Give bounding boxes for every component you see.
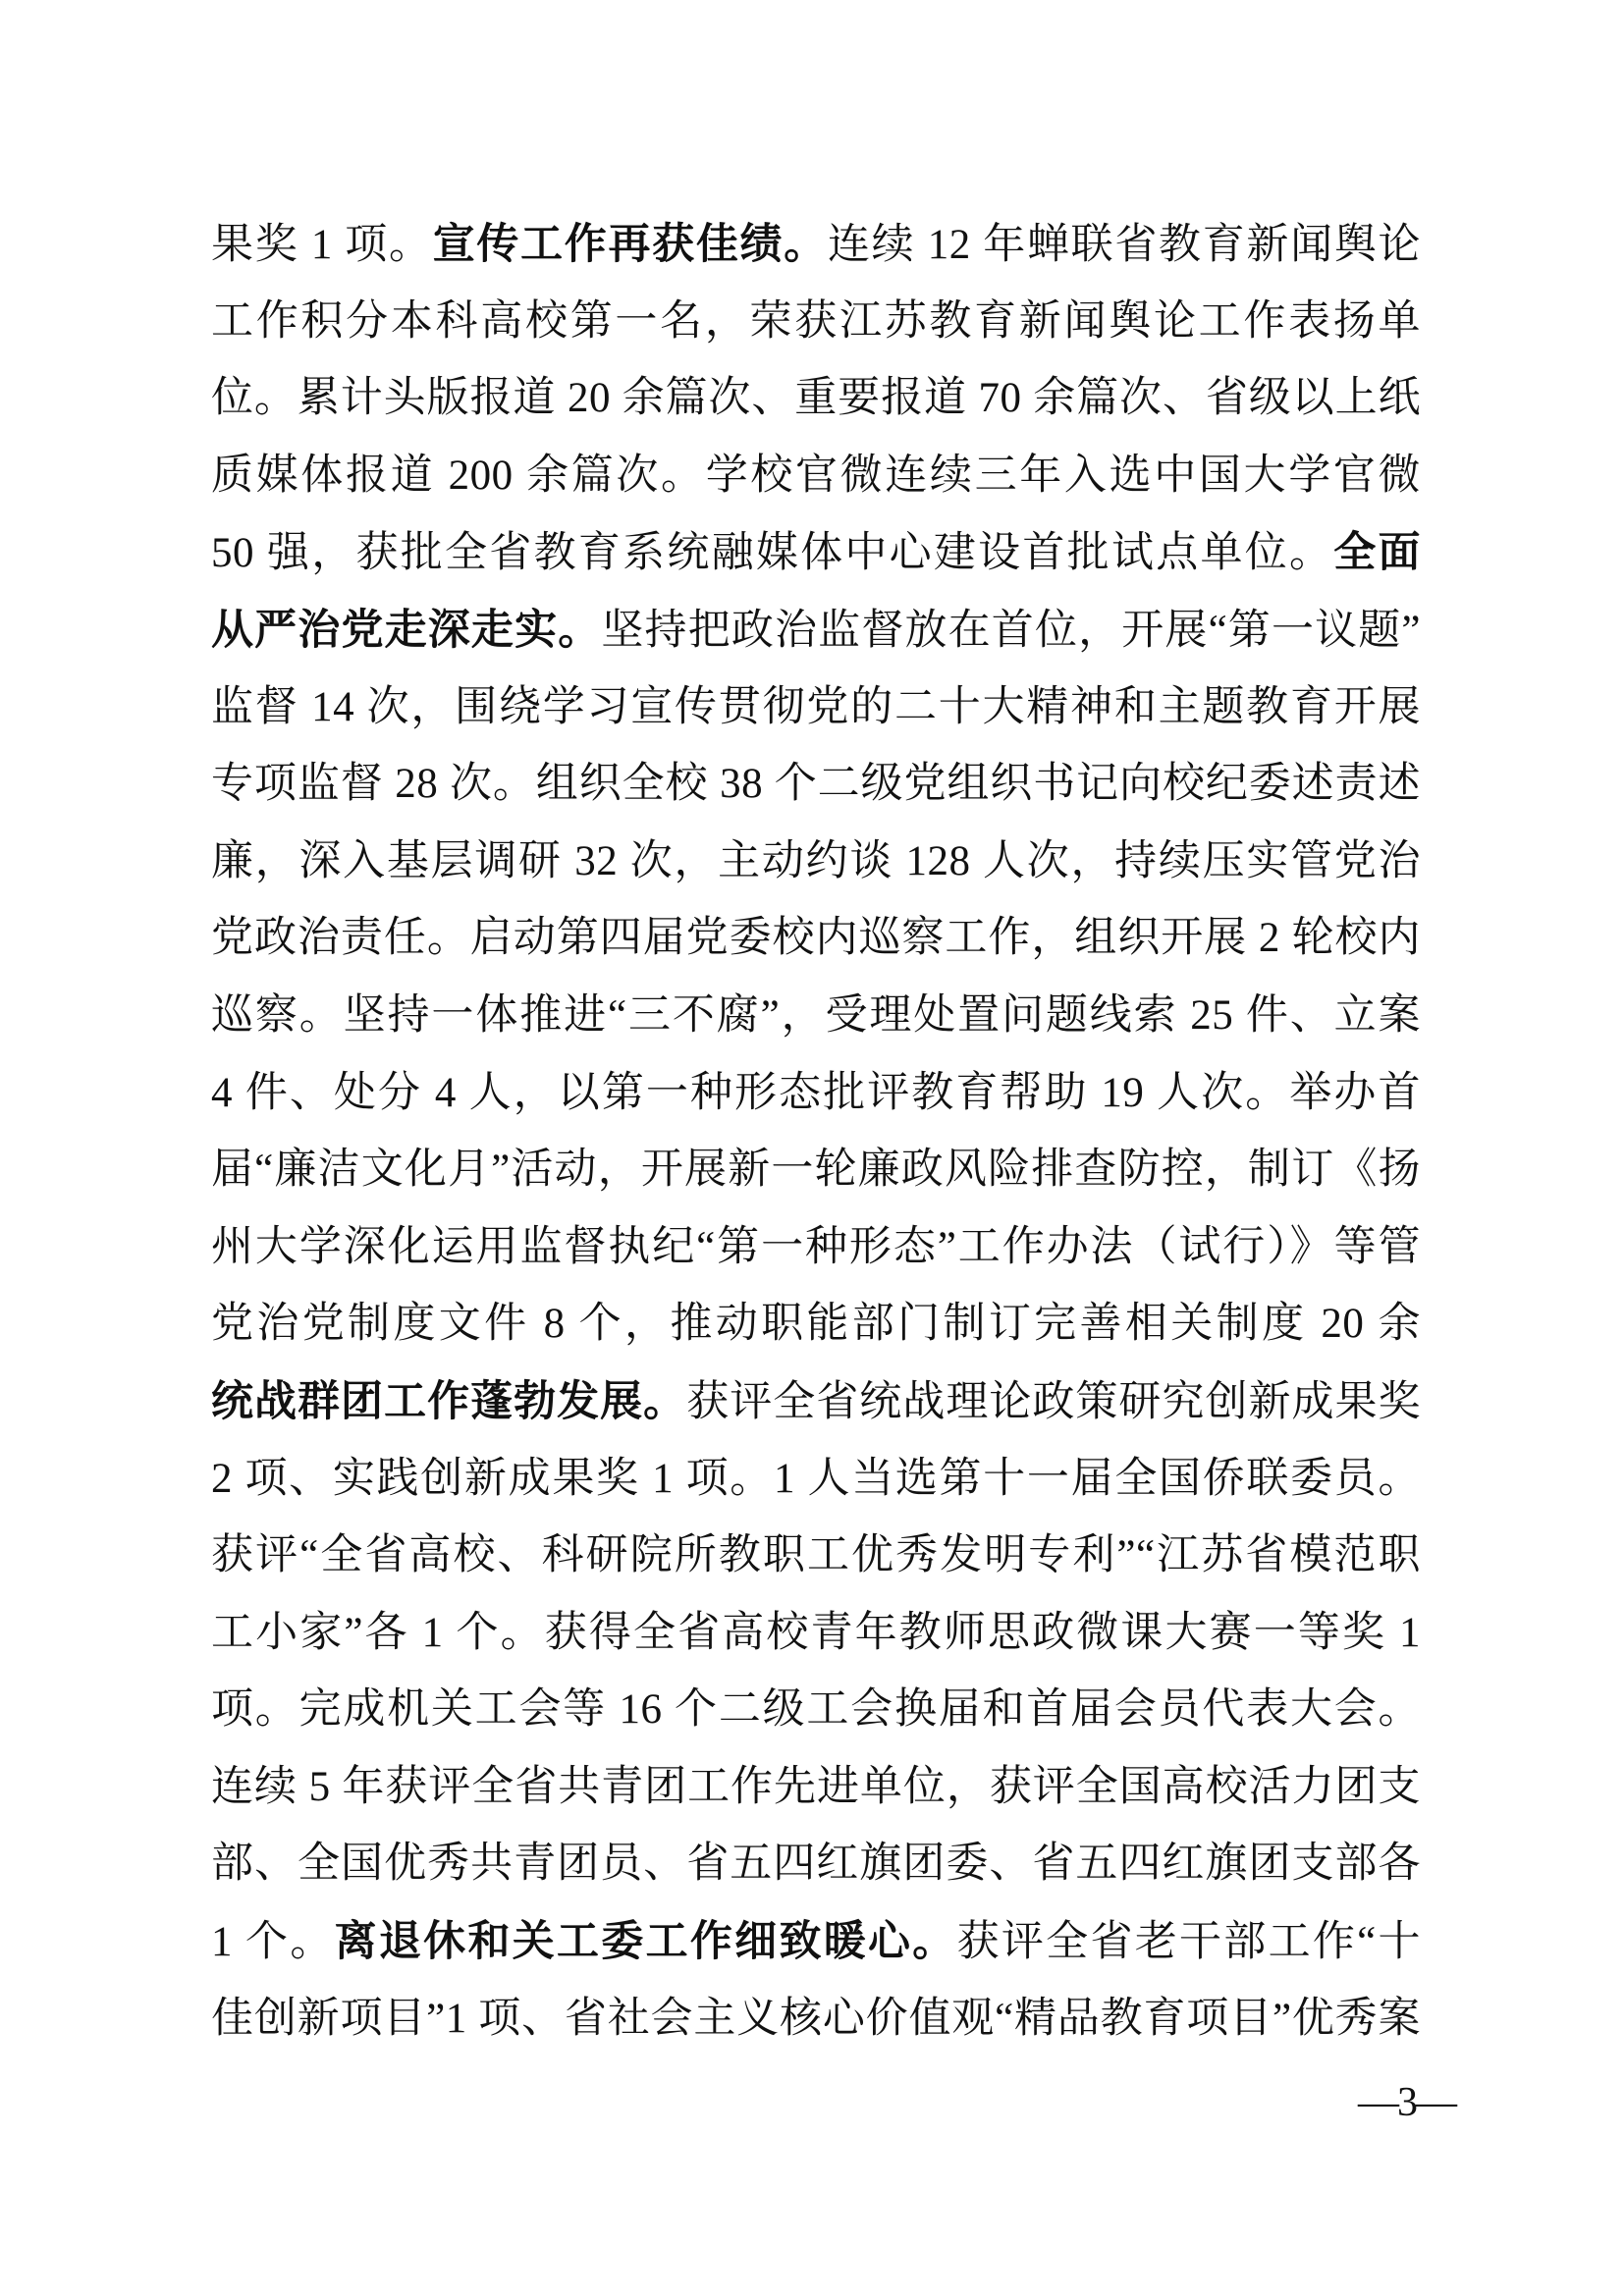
body-text: 50 强，获批全省教育系统融媒体中心建设首批试点单位。: [211, 530, 1333, 576]
body-text: 党政治责任。启动第四届党委校内巡察工作，组织开展 2 轮校内: [211, 915, 1421, 961]
body-text: 工作积分本科高校第一名，荣获江苏教育新闻舆论工作表扬单: [211, 298, 1421, 345]
text-line-11: 巡察。坚持一体推进“三不腐”，受理处置问题线索 25 件、立案: [211, 978, 1421, 1055]
text-line-15: 党治党制度文件 8 个，推动职能部门制订完善相关制度 20 余项。: [211, 1286, 1421, 1363]
body-text: 工小家”各 1 个。获得全省高校青年教师思政微课大赛一等奖 1: [211, 1610, 1421, 1656]
emphasis-text: 全面: [1333, 529, 1421, 576]
body-text-block: 果奖 1 项。宣传工作再获佳绩。连续 12 年蝉联省教育新闻舆论工作积分本科高校…: [211, 206, 1421, 2057]
text-line-19: 工小家”各 1 个。获得全省高校青年教师思政微课大赛一等奖 1: [211, 1595, 1421, 1673]
body-text: 部、全国优秀共青团员、省五四红旗团委、省五四红旗团支部各: [211, 1841, 1421, 1887]
body-text: 坚持把政治监督放在首位，开展“第一议题”: [601, 608, 1421, 654]
text-line-10: 党政治责任。启动第四届党委校内巡察工作，组织开展 2 轮校内: [211, 900, 1421, 978]
text-line-13: 届“廉洁文化月”活动，开展新一轮廉政风险排查防控，制订《扬: [211, 1132, 1421, 1209]
body-text: 巡察。坚持一体推进“三不腐”，受理处置问题线索 25 件、立案: [211, 992, 1421, 1039]
text-line-1: 果奖 1 项。宣传工作再获佳绩。连续 12 年蝉联省教育新闻舆论: [211, 206, 1421, 284]
text-line-22: 部、全国优秀共青团员、省五四红旗团委、省五四红旗团支部各: [211, 1826, 1421, 1903]
emphasis-text: 统战群团工作蓬勃发展。: [211, 1378, 686, 1425]
body-text: 质媒体报道 200 余篇次。学校官微连续三年入选中国大学官微: [211, 453, 1421, 499]
emphasis-text: 从严治党走深走实。: [211, 607, 601, 654]
text-line-20: 项。完成机关工会等 16 个二级工会换届和首届会员代表大会。: [211, 1672, 1421, 1749]
text-line-5: 50 强，获批全省教育系统融媒体中心建设首批试点单位。全面: [211, 514, 1421, 592]
text-line-17: 2 项、实践创新成果奖 1 项。1 人当选第十一届全国侨联委员。: [211, 1441, 1421, 1519]
body-text: 监督 14 次，围绕学习宣传贯彻党的二十大精神和主题教育开展: [211, 684, 1421, 730]
body-text: 获评“全省高校、科研院所教职工优秀发明专利”“江苏省模范职: [211, 1532, 1421, 1578]
emphasis-text: 离退休和关工委工作细致暖心。: [335, 1918, 957, 1965]
body-text: 州大学深化运用监督执纪“第一种形态”工作办法（试行）》等管: [211, 1224, 1421, 1270]
text-line-9: 廉，深入基层调研 32 次，主动约谈 128 人次，持续压实管党治: [211, 824, 1421, 901]
text-line-16: 统战群团工作蓬勃发展。获评全省统战理论政策研究创新成果奖: [211, 1363, 1421, 1441]
body-text: 项。完成机关工会等 16 个二级工会换届和首届会员代表大会。: [211, 1686, 1421, 1733]
emphasis-text: 宣传工作再获佳绩。: [433, 221, 828, 268]
body-text: 届“廉洁文化月”活动，开展新一轮廉政风险排查防控，制订《扬: [211, 1147, 1421, 1193]
document-page: 果奖 1 项。宣传工作再获佳绩。连续 12 年蝉联省教育新闻舆论工作积分本科高校…: [0, 0, 1624, 2296]
text-line-23: 1 个。离退休和关工委工作细致暖心。获评全省老干部工作“十: [211, 1903, 1421, 1981]
body-text: 获评全省老干部工作“十: [957, 1919, 1421, 1965]
page-number: —3—: [1358, 2079, 1455, 2126]
text-line-24: 佳创新项目”1 项、省社会主义核心价值观“精品教育项目”优秀案: [211, 1981, 1421, 2058]
body-text: 果奖 1 项。: [211, 222, 433, 268]
body-text: 2 项、实践创新成果奖 1 项。1 人当选第十一届全国侨联委员。: [211, 1456, 1421, 1502]
text-line-18: 获评“全省高校、科研院所教职工优秀发明专利”“江苏省模范职: [211, 1518, 1421, 1595]
body-text: 党治党制度文件 8 个，推动职能部门制订完善相关制度 20 余项。: [211, 1301, 1421, 1363]
text-line-8: 专项监督 28 次。组织全校 38 个二级党组织书记向校纪委述责述: [211, 746, 1421, 824]
body-text: 获评全省统战理论政策研究创新成果奖: [686, 1379, 1421, 1425]
body-text: 位。累计头版报道 20 余篇次、重要报道 70 余篇次、省级以上纸: [211, 375, 1421, 421]
text-line-3: 位。累计头版报道 20 余篇次、重要报道 70 余篇次、省级以上纸: [211, 360, 1421, 438]
text-line-7: 监督 14 次，围绕学习宣传贯彻党的二十大精神和主题教育开展: [211, 669, 1421, 747]
text-line-12: 4 件、处分 4 人，以第一种形态批评教育帮助 19 人次。举办首: [211, 1055, 1421, 1133]
text-line-6: 从严治党走深走实。坚持把政治监督放在首位，开展“第一议题”: [211, 592, 1421, 669]
text-line-2: 工作积分本科高校第一名，荣获江苏教育新闻舆论工作表扬单: [211, 284, 1421, 361]
body-text: 专项监督 28 次。组织全校 38 个二级党组织书记向校纪委述责述: [211, 761, 1421, 807]
body-text: 连续 12 年蝉联省教育新闻舆论: [828, 222, 1421, 268]
text-line-14: 州大学深化运用监督执纪“第一种形态”工作办法（试行）》等管: [211, 1209, 1421, 1287]
body-text: 佳创新项目”1 项、省社会主义核心价值观“精品教育项目”优秀案: [211, 1996, 1421, 2042]
text-line-4: 质媒体报道 200 余篇次。学校官微连续三年入选中国大学官微: [211, 438, 1421, 515]
body-text: 1 个。: [211, 1919, 335, 1965]
body-text: 4 件、处分 4 人，以第一种形态批评教育帮助 19 人次。举办首: [211, 1070, 1421, 1116]
text-line-21: 连续 5 年获评全省共青团工作先进单位，获评全国高校活力团支: [211, 1749, 1421, 1827]
body-text: 连续 5 年获评全省共青团工作先进单位，获评全国高校活力团支: [211, 1764, 1421, 1810]
body-text: 廉，深入基层调研 32 次，主动约谈 128 人次，持续压实管党治: [211, 838, 1421, 884]
